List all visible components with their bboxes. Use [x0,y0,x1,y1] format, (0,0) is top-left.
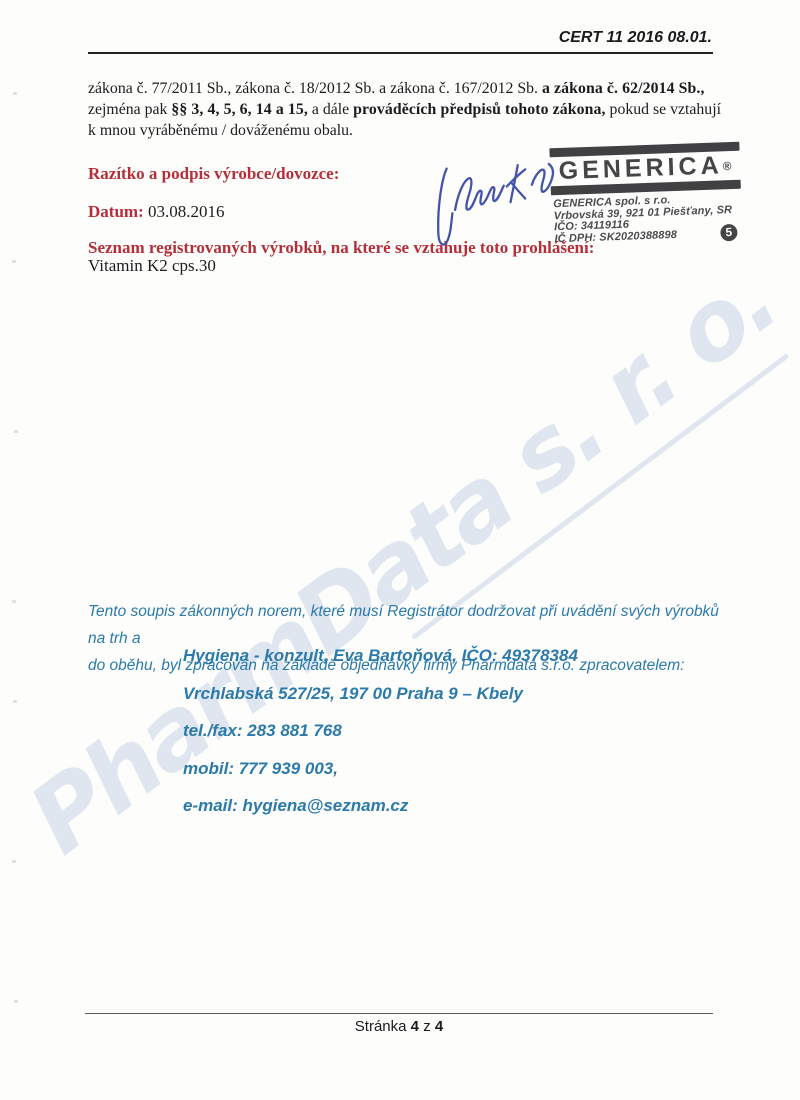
date-value: 03.08.2016 [148,202,225,221]
watermark-swash [411,353,789,640]
processor-note-line-1: Tento soupis zákonných norem, které musí… [88,598,720,652]
legal-line-2: zejména pak §§ 3, 4, 5, 6, 14 a 15, a dá… [88,99,716,120]
date-label: Datum: [88,202,144,221]
page-number-footer: Stránka 4 z 4 [85,1018,713,1035]
header-rule [88,52,713,54]
legal-paragraph: zákona č. 77/2011 Sb., zákona č. 18/2012… [88,78,716,141]
generica-stamp: GENERICA® GENERICA spol. s r.o. Vrbovská… [546,142,745,246]
contact-line-mobile: mobil: 777 939 003, [183,759,578,797]
legal-line-3: k mnou vyráběnému / dováženému obalu. [88,120,716,141]
contact-line-email: e-mail: hygiena@seznam.cz [183,796,578,834]
legal-line-1: zákona č. 77/2011 Sb., zákona č. 18/2012… [88,78,716,99]
scan-speck [14,1000,18,1003]
scan-speck [13,92,17,95]
scan-speck [12,260,16,263]
product-name: Vitamin K2 cps.30 [88,256,216,276]
scan-speck [12,860,16,863]
scan-speck [13,700,17,703]
stamp-signature-label: Razítko a podpis výrobce/dovozce: [88,164,339,184]
stamp-brand-text: GENERICA [558,151,723,185]
processor-contact-block: Hygiena - konzult, Eva Bartoňová, IČO: 4… [183,646,578,834]
scanned-document-page: PharmData s. r. o. CERT 11 2016 08.01. z… [0,0,800,1100]
registered-trademark-mark: ® [722,152,732,180]
contact-line-telfax: tel./fax: 283 881 768 [183,721,578,759]
footer-rule [85,1013,713,1014]
scan-speck [14,430,18,433]
date-row: Datum: 03.08.2016 [88,202,224,222]
document-reference: CERT 11 2016 08.01. [88,29,712,47]
stamp-info: GENERICA spol. s r.o. Vrbovská 39, 921 0… [548,193,745,246]
contact-line-name: Hygiena - konzult, Eva Bartoňová, IČO: 4… [183,646,578,684]
scan-speck [12,600,16,603]
contact-line-address: Vrchlabská 527/25, 197 00 Praha 9 – Kbel… [183,684,578,722]
